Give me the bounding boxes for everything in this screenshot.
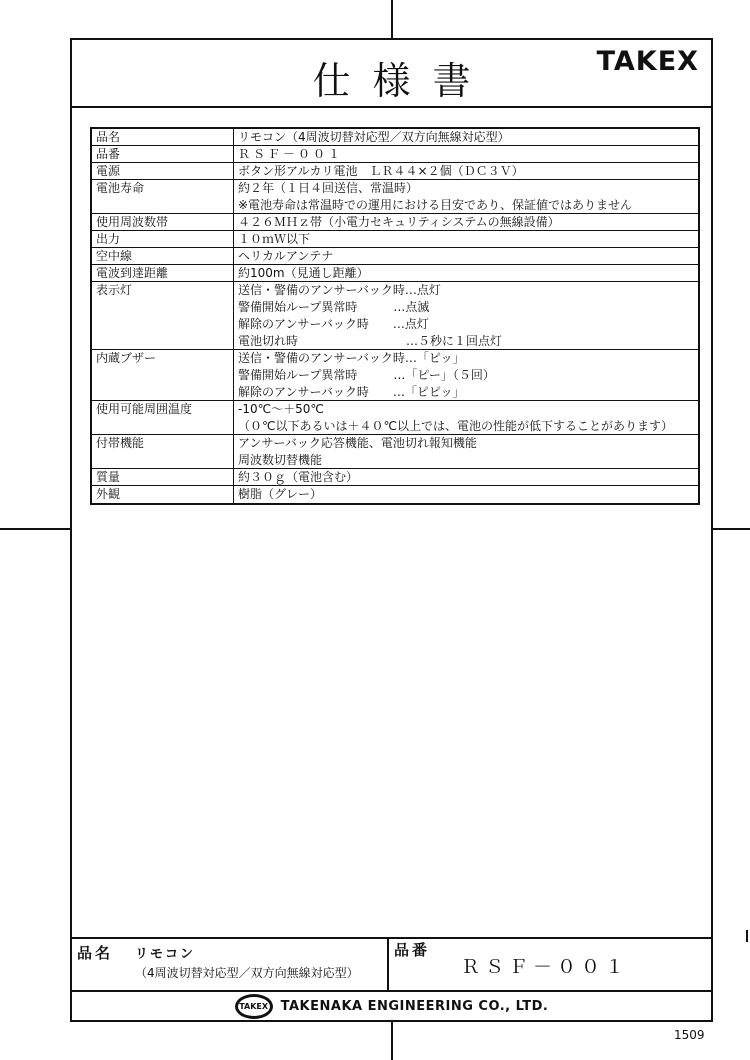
- takex-oval-logo-text: TAKEX: [239, 1002, 268, 1011]
- takex-brand-logo: TAKEX: [597, 46, 699, 77]
- spec-table: 品名 リモコン（4周波切替対応型／双方向無線対応型） 品番 ＲＳＦ－００１ 電源…: [90, 127, 700, 505]
- value-line: １０ｍＷ以下: [238, 231, 694, 247]
- crop-mark-right: [713, 528, 750, 530]
- value-line: 約100m（見通し距離）: [238, 265, 694, 281]
- table-row: 表示灯 送信・警備のアンサーバック時…点灯 警備開始ループ異常時 …点滅 解除の…: [92, 282, 698, 350]
- value-line: ＲＳＦ－００１: [238, 146, 694, 162]
- product-name-sub: （4周波切替対応型／双方向無線対応型）: [135, 964, 359, 981]
- row-label: 電波到達距離: [92, 265, 234, 281]
- product-code-label: 品番: [389, 938, 430, 959]
- row-label: 出力: [92, 231, 234, 247]
- row-value: 樹脂（グレー）: [234, 486, 698, 503]
- page-number: 1509: [674, 1028, 705, 1042]
- title-bar: 仕様書 TAKEX: [72, 40, 711, 108]
- row-value: ４２６ＭＨｚ帯（小電力セキュリティシステムの無線設備）: [234, 214, 698, 230]
- table-row: 品名 リモコン（4周波切替対応型／双方向無線対応型）: [92, 129, 698, 146]
- product-name-label: 品名: [72, 939, 113, 990]
- value-line: ４２６ＭＨｚ帯（小電力セキュリティシステムの無線設備）: [238, 214, 694, 230]
- spec-sheet-page: 仕様書 TAKEX 品名 リモコン（4周波切替対応型／双方向無線対応型） 品番 …: [0, 0, 750, 1060]
- table-row: 電源 ボタン形アルカリ電池 ＬＲ４４×２個（ＤＣ３Ｖ）: [92, 163, 698, 180]
- row-value: アンサーバック応答機能、電池切れ報知機能 周波数切替機能: [234, 435, 698, 468]
- row-value: -10℃～＋50℃ （０℃以下あるいは＋４０℃以上では、電池の性能が低下すること…: [234, 401, 698, 434]
- table-row: 品番 ＲＳＦ－００１: [92, 146, 698, 163]
- row-label: 空中線: [92, 248, 234, 264]
- row-label: 付帯機能: [92, 435, 234, 468]
- takex-oval-logo-icon: TAKEX: [235, 994, 273, 1019]
- value-line: -10℃～＋50℃: [238, 401, 694, 418]
- table-row: 外観 樹脂（グレー）: [92, 486, 698, 503]
- table-row: 内蔵ブザー 送信・警備のアンサーバック時…「ピッ」 警備開始ループ異常時 …「ピ…: [92, 350, 698, 401]
- row-value: 約２年（１日４回送信、常温時） ※電池寿命は常温時での運用における目安であり、保…: [234, 180, 698, 213]
- value-line: 約２年（１日４回送信、常温時）: [238, 180, 694, 197]
- value-line: ヘリカルアンテナ: [238, 248, 694, 264]
- row-value: リモコン（4周波切替対応型／双方向無線対応型）: [234, 129, 698, 145]
- row-label: 質量: [92, 469, 234, 485]
- row-label: 電源: [92, 163, 234, 179]
- table-row: 使用可能周囲温度 -10℃～＋50℃ （０℃以下あるいは＋４０℃以上では、電池の…: [92, 401, 698, 435]
- value-line: 解除のアンサーバック時 …点灯: [238, 316, 694, 333]
- value-line: 周波数切替機能: [238, 452, 694, 468]
- value-line: 電池切れ時 …５秒に１回点灯: [238, 333, 694, 349]
- product-id-section: 品名 リモコン （4周波切替対応型／双方向無線対応型） 品番 ＲＳＦ－００１: [72, 937, 711, 990]
- value-line: ボタン形アルカリ電池 ＬＲ４４×２個（ＤＣ３Ｖ）: [238, 163, 694, 179]
- row-value: 送信・警備のアンサーバック時…点灯 警備開始ループ異常時 …点滅 解除のアンサー…: [234, 282, 698, 349]
- value-line: リモコン（4周波切替対応型／双方向無線対応型）: [238, 129, 694, 145]
- row-value: ＲＳＦ－００１: [234, 146, 698, 162]
- row-label: 電池寿命: [92, 180, 234, 213]
- row-label: 使用周波数帯: [92, 214, 234, 230]
- value-line: 樹脂（グレー）: [238, 486, 694, 503]
- document-frame: 仕様書 TAKEX 品名 リモコン（4周波切替対応型／双方向無線対応型） 品番 …: [70, 38, 713, 1022]
- footer-bar: TAKEX TAKENAKA ENGINEERING CO., LTD.: [72, 990, 711, 1020]
- crop-mark-right-tick: [746, 930, 748, 942]
- table-row: 付帯機能 アンサーバック応答機能、電池切れ報知機能 周波数切替機能: [92, 435, 698, 469]
- row-value: １０ｍＷ以下: [234, 231, 698, 247]
- company-name: TAKENAKA ENGINEERING CO., LTD.: [281, 999, 549, 1014]
- value-line: （０℃以下あるいは＋４０℃以上では、電池の性能が低下することがあります）: [238, 418, 694, 434]
- row-label: 外観: [92, 486, 234, 503]
- row-label: 内蔵ブザー: [92, 350, 234, 400]
- value-line: 解除のアンサーバック時 …「ピピッ」: [238, 384, 694, 400]
- row-value: 約100m（見通し距離）: [234, 265, 698, 281]
- product-name-box: 品名 リモコン （4周波切替対応型／双方向無線対応型）: [72, 939, 389, 990]
- row-label: 表示灯: [92, 282, 234, 349]
- table-row: 出力 １０ｍＷ以下: [92, 231, 698, 248]
- table-row: 空中線 ヘリカルアンテナ: [92, 248, 698, 265]
- value-line: アンサーバック応答機能、電池切れ報知機能: [238, 435, 694, 452]
- value-line: 送信・警備のアンサーバック時…点灯: [238, 282, 694, 299]
- row-label: 品名: [92, 129, 234, 145]
- table-row: 電池寿命 約２年（１日４回送信、常温時） ※電池寿命は常温時での運用における目安…: [92, 180, 698, 214]
- row-label: 品番: [92, 146, 234, 162]
- value-line: 警備開始ループ異常時 …「ピー」（５回）: [238, 367, 694, 384]
- crop-mark-bottom: [391, 1021, 393, 1060]
- value-line: 送信・警備のアンサーバック時…「ピッ」: [238, 350, 694, 367]
- value-line: 警備開始ループ異常時 …点滅: [238, 299, 694, 316]
- table-row: 使用周波数帯 ４２６ＭＨｚ帯（小電力セキュリティシステムの無線設備）: [92, 214, 698, 231]
- crop-mark-left: [0, 528, 70, 530]
- product-code: ＲＳＦ－００１: [461, 952, 629, 979]
- product-name-block: リモコン （4周波切替対応型／双方向無線対応型）: [113, 939, 359, 990]
- row-label: 使用可能周囲温度: [92, 401, 234, 434]
- row-value: 送信・警備のアンサーバック時…「ピッ」 警備開始ループ異常時 …「ピー」（５回）…: [234, 350, 698, 400]
- row-value: ボタン形アルカリ電池 ＬＲ４４×２個（ＤＣ３Ｖ）: [234, 163, 698, 179]
- product-name: リモコン: [135, 943, 359, 962]
- crop-mark-top: [391, 0, 393, 39]
- product-code-box: 品番 ＲＳＦ－００１: [389, 939, 711, 990]
- value-line: 約３０ｇ（電池含む）: [238, 469, 694, 485]
- row-value: ヘリカルアンテナ: [234, 248, 698, 264]
- value-line: ※電池寿命は常温時での運用における目安であり、保証値ではありません: [238, 197, 694, 213]
- row-value: 約３０ｇ（電池含む）: [234, 469, 698, 485]
- table-row: 電波到達距離 約100m（見通し距離）: [92, 265, 698, 282]
- table-row: 質量 約３０ｇ（電池含む）: [92, 469, 698, 486]
